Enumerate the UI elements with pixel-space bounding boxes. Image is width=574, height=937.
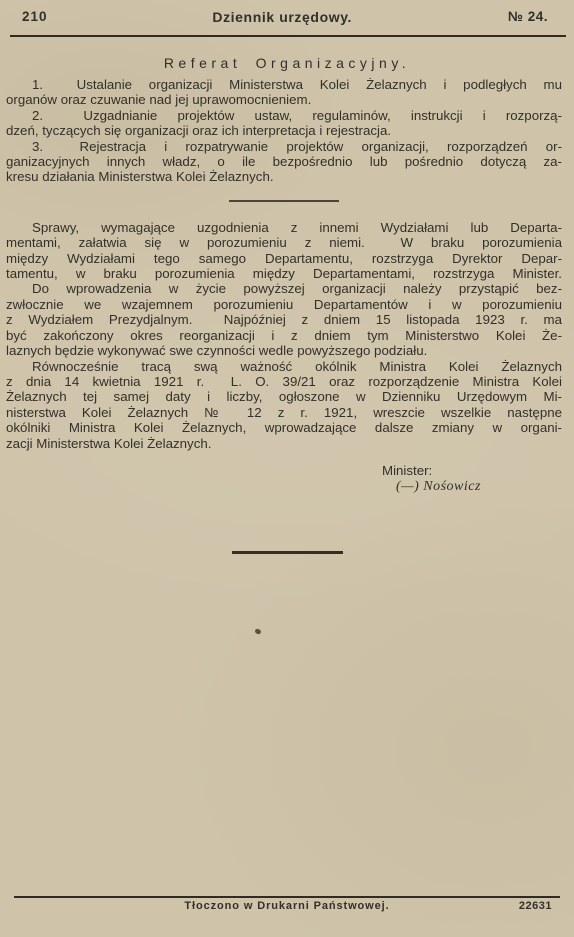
text-line: ganizacyjnych innych władz, o ile bezpoś… (6, 154, 562, 169)
text-line: organów oraz czuwanie nad jej uprawomocn… (6, 92, 562, 107)
signature-name: (—) Nośowicz (396, 479, 562, 494)
paragraph: 2. Uzgadnianie projektów ustaw, regulami… (6, 108, 562, 139)
text-line: 2. Uzgadnianie projektów ustaw, regulami… (6, 108, 562, 123)
paragraph: Do wprowadzenia w życie powyższej organi… (6, 281, 562, 358)
journal-title: Dziennik urzędowy. (212, 9, 352, 25)
text-line: dzeń, tyczących się organizacji oraz ich… (6, 123, 562, 138)
scanned-gazette-page: { "header": { "page_number": "210", "jou… (0, 0, 574, 937)
ink-speck (254, 628, 261, 634)
text-line: okólniki Ministra Kolei Żelaznych, wprow… (6, 420, 562, 435)
text-line: z dnia 14 kwietnia 1921 r. L. O. 39/21 o… (6, 374, 562, 389)
text-line: zwłocznie we wzajemnem porozumieniu Depa… (6, 297, 562, 312)
text-line: Do wprowadzenia w życie powyższej organi… (6, 281, 562, 296)
text-line: kresu działania Ministerstwa Kolei Żelaz… (6, 169, 562, 184)
text-column: 1. Ustalanie organizacji Ministerstwa Ko… (6, 77, 562, 495)
signature-block: Minister: (—) Nośowicz (382, 463, 562, 495)
text-line: Równocześnie tracą swą ważność okólnik M… (6, 359, 562, 374)
text-line: tamentu, w braku porozumienia między Dep… (6, 266, 562, 281)
paragraph: 3. Rejestracja i rozpatrywanie projektów… (6, 139, 562, 185)
text-line: zacji Ministerstwa Kolei Żelaznych. (6, 436, 562, 451)
text-line: z Wydziałem Prezydjalnym. Najpóźniej z d… (6, 312, 562, 327)
page-header: 210 Dziennik urzędowy. № 24. (22, 9, 548, 25)
text-line: 1. Ustalanie organizacji Ministerstwa Ko… (6, 77, 562, 92)
text-line: Żelaznych tej samej daty i liczby, ogłos… (6, 389, 562, 404)
text-line: Sprawy, wymagające uzgodnienia z innemi … (6, 220, 562, 235)
section-divider (229, 200, 339, 202)
text-line: laznych będzie wykonywać swe czynności w… (6, 343, 562, 358)
text-line: mentami, załatwia się w porozumieniu z n… (6, 235, 562, 250)
footer-rule (14, 896, 560, 898)
text-line: być zakończony okres reorganizacji i z d… (6, 328, 562, 343)
imprint-text: Tłoczono w Drukarni Państwowej. (0, 900, 574, 912)
paragraph: Równocześnie tracą swą ważność okólnik M… (6, 359, 562, 451)
header-rule (10, 35, 566, 37)
paragraph: Sprawy, wymagające uzgodnienia z innemi … (6, 220, 562, 282)
issue-number: № 24. (508, 9, 548, 24)
text-line: między Wydziałami tego samego Departamen… (6, 251, 562, 266)
page-number: 210 (22, 9, 48, 24)
paragraph: 1. Ustalanie organizacji Ministerstwa Ko… (6, 77, 562, 108)
closing-divider (232, 551, 343, 554)
section-title: Referat Organizacyjny. (0, 55, 574, 71)
print-order-number: 22631 (519, 900, 552, 912)
text-line: nisterstwa Kolei Żelaznych № 12 z r. 192… (6, 405, 562, 420)
signature-role: Minister: (382, 463, 562, 478)
text-line: 3. Rejestracja i rozpatrywanie projektów… (6, 139, 562, 154)
